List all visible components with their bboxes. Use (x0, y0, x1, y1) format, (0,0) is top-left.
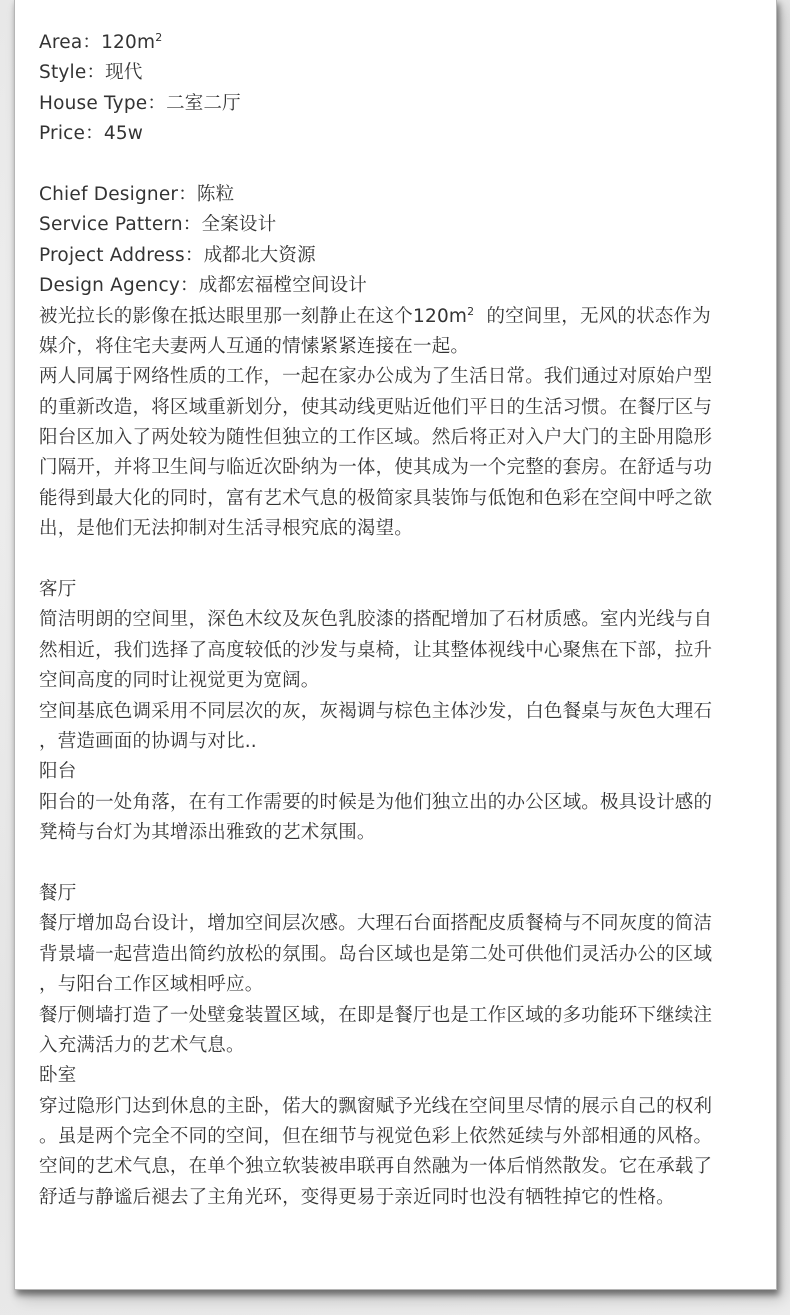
article-body: Area：120m2 Style：现代 House Type：二室二厅 Pric… (39, 28, 751, 1213)
style-label: Style： (39, 62, 105, 83)
spacer (39, 849, 751, 879)
info-project-address: Project Address：成都北大资源 (39, 241, 751, 271)
living-room-line: 然相近，我们选择了高度较低的沙发与桌椅，让其整体视线中心聚焦在下部，拉升 (39, 636, 751, 666)
dining-room-line: ，与阳台工作区域相呼应。 (39, 970, 751, 1000)
content-card: Area：120m2 Style：现代 House Type：二室二厅 Pric… (14, 0, 777, 1290)
intro-line: 阳台区加入了两处较为随性但独立的工作区域。然后将正对入户大门的主卧用隐形 (39, 423, 751, 453)
chief-designer-value: 陈粒 (197, 184, 234, 205)
area-label: Area： (39, 32, 101, 53)
intro-line: 被光拉长的影像在抵达眼里那一刻静止在这个120m2 的空间里，无风的状态作为 (39, 302, 751, 332)
intro-text: 的空间里，无风的状态作为 (474, 306, 711, 327)
design-agency-label: Design Agency： (39, 275, 199, 296)
bedroom-line: 舒适与静谧后褪去了主角光环，变得更易于亲近同时也没有牺牲掉它的性格。 (39, 1183, 751, 1213)
chief-designer-label: Chief Designer： (39, 184, 197, 205)
intro-line: 门隔开，并将卫生间与临近次卧纳为一体，使其成为一个完整的套房。在舒适与功 (39, 453, 751, 483)
section-title-dining-room: 餐厅 (39, 879, 751, 909)
service-pattern-label: Service Pattern： (39, 214, 202, 235)
dining-room-line: 入充满活力的艺术气息。 (39, 1031, 751, 1061)
price-value: 45w (104, 123, 143, 144)
dining-room-line: 餐厅侧墙打造了一处壁龛装置区域，在即是餐厅也是工作区域的多功能环下继续注 (39, 1001, 751, 1031)
intro-line: 出，是他们无法抑制对生活寻根究底的渴望。 (39, 514, 751, 544)
dining-room-line: 背景墙一起营造出简约放松的氛围。岛台区域也是第二处可供他们灵活办公的区域 (39, 940, 751, 970)
intro-line: 两人同属于网络性质的工作，一起在家办公成为了生活日常。我们通过对原始户型 (39, 362, 751, 392)
spacer (39, 545, 751, 575)
info-style: Style：现代 (39, 58, 751, 88)
balcony-line: 阳台的一处角落，在有工作需要的时候是为他们独立出的办公区域。极具设计感的 (39, 788, 751, 818)
living-room-line: 空间基底色调采用不同层次的灰，灰褐调与棕色主体沙发，白色餐桌与灰色大理石 (39, 697, 751, 727)
dining-room-line: 餐厅增加岛台设计，增加空间层次感。大理石台面搭配皮质餐椅与不同灰度的简洁 (39, 909, 751, 939)
bedroom-line: 穿过隐形门达到休息的主卧，偌大的飘窗赋予光线在空间里尽情的展示自己的权利 (39, 1092, 751, 1122)
section-title-bedroom: 卧室 (39, 1061, 751, 1091)
spacer (39, 150, 751, 180)
info-design-agency: Design Agency：成都宏福樘空间设计 (39, 271, 751, 301)
info-service-pattern: Service Pattern：全案设计 (39, 210, 751, 240)
project-address-value: 成都北大资源 (204, 245, 316, 266)
section-title-balcony: 阳台 (39, 757, 751, 787)
intro-text: 被光拉长的影像在抵达眼里那一刻静止在这个120m (39, 306, 467, 327)
section-title-living-room: 客厅 (39, 575, 751, 605)
info-chief-designer: Chief Designer：陈粒 (39, 180, 751, 210)
living-room-line: ，营造画面的协调与对比.. (39, 727, 751, 757)
bedroom-line: 。虽是两个完全不同的空间，但在细节与视觉色彩上依然延续与外部相通的风格。 (39, 1122, 751, 1152)
service-pattern-value: 全案设计 (202, 214, 277, 235)
design-agency-value: 成都宏福樘空间设计 (199, 275, 367, 296)
price-label: Price： (39, 123, 104, 144)
info-area: Area：120m2 (39, 28, 751, 58)
style-value: 现代 (105, 62, 142, 83)
house-type-value: 二室二厅 (166, 93, 241, 114)
area-value: 120m (101, 32, 155, 53)
bedroom-line: 空间的艺术气息，在单个独立软装被串联再自然融为一体后悄然散发。它在承载了 (39, 1152, 751, 1182)
info-house-type: House Type：二室二厅 (39, 89, 751, 119)
project-address-label: Project Address： (39, 245, 204, 266)
balcony-line: 凳椅与台灯为其增添出雅致的艺术氛围。 (39, 818, 751, 848)
living-room-line: 简洁明朗的空间里，深色木纹及灰色乳胶漆的搭配增加了石材质感。室内光线与自 (39, 605, 751, 635)
info-price: Price：45w (39, 119, 751, 149)
intro-line: 媒介，将住宅夫妻两人互通的情愫紧紧连接在一起。 (39, 332, 751, 362)
area-superscript: 2 (155, 31, 162, 44)
intro-line: 能得到最大化的同时，富有艺术气息的极简家具装饰与低饱和色彩在空间中呼之欲 (39, 484, 751, 514)
living-room-line: 空间高度的同时让视觉更为宽阔。 (39, 666, 751, 696)
intro-line: 的重新改造，将区域重新划分，使其动线更贴近他们平日的生活习惯。在餐厅区与 (39, 393, 751, 423)
house-type-label: House Type： (39, 93, 166, 114)
